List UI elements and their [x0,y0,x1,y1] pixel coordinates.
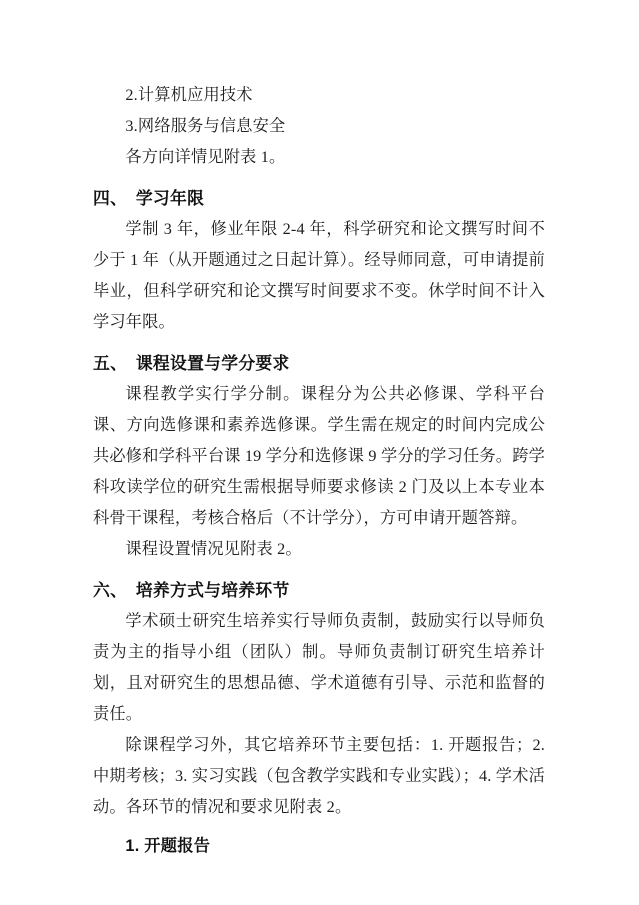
sub-heading-proposal-report: 1. 开题报告 [93,831,545,862]
section-heading-study-duration: 四、 学习年限 [93,183,545,214]
section6-paragraph-2: 除课程学习外，其它培养环节主要包括：1. 开题报告；2. 中期考核；3. 实习实… [93,730,545,823]
section-heading-training-mode: 六、 培养方式与培养环节 [93,575,545,606]
document-page: 2.计算机应用技术 3.网络服务与信息安全 各方向详情见附表 1。 四、 学习年… [0,0,639,905]
direction-item-2: 2.计算机应用技术 [93,80,545,111]
section6-paragraph-1: 学术硕士研究生培养实行导师负责制，鼓励实行以导师负责为主的指导小组（团队）制。导… [93,606,545,730]
direction-note: 各方向详情见附表 1。 [93,142,545,173]
section-heading-course-credits: 五、 课程设置与学分要求 [93,348,545,379]
section5-paragraph-2: 课程设置情况见附表 2。 [93,534,545,565]
direction-item-3: 3.网络服务与信息安全 [93,111,545,142]
section4-paragraph: 学制 3 年，修业年限 2-4 年，科学研究和论文撰写时间不少于 1 年（从开题… [93,214,545,338]
section5-paragraph-1: 课程教学实行学分制。课程分为公共必修课、学科平台课、方向选修课和素养选修课。学生… [93,379,545,534]
